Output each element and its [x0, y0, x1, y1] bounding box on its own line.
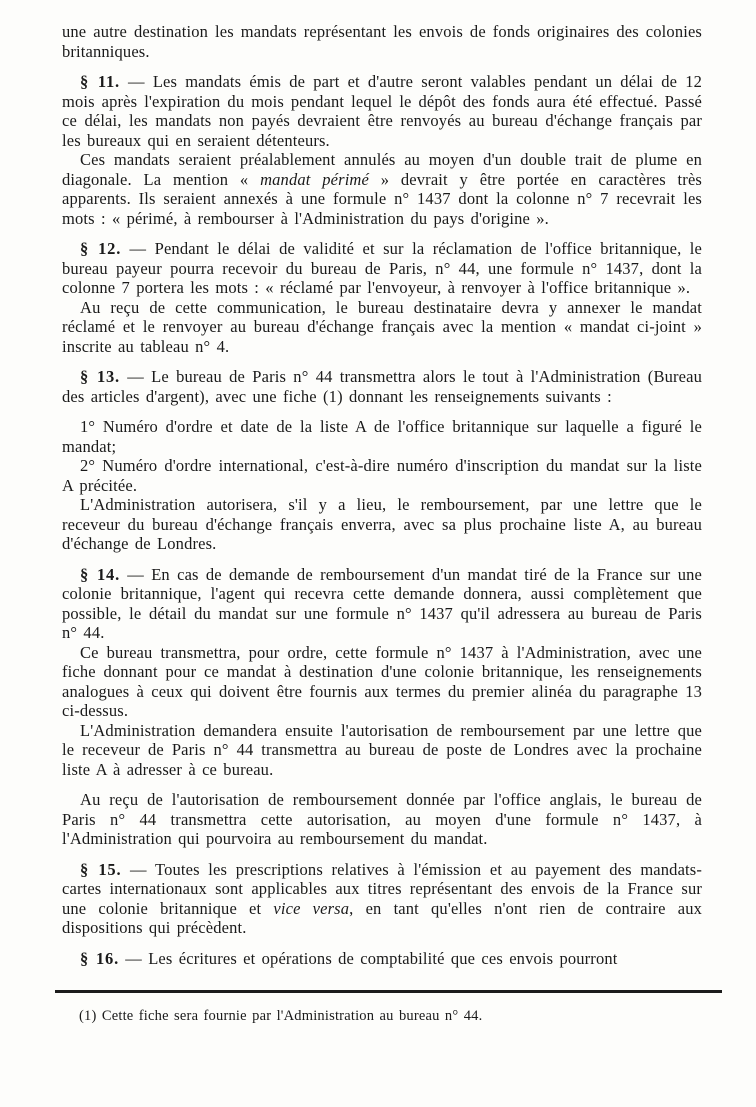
- section-number: § 13.: [80, 367, 120, 386]
- paragraph-text: Au reçu de cette communication, le burea…: [62, 298, 702, 356]
- italic-phrase: vice versa: [273, 899, 349, 918]
- paragraph-text: — Les mandats émis de part et d'autre se…: [62, 72, 702, 150]
- paragraph-au-recu-communication: Au reçu de cette communication, le burea…: [62, 298, 702, 357]
- list-item-2: 2° Numéro d'ordre international, c'est-à…: [62, 456, 702, 495]
- paragraph-section-11: § 11. — Les mandats émis de part et d'au…: [62, 72, 702, 150]
- section-number: § 12.: [80, 239, 121, 258]
- footnote-text: (1) Cette fiche sera fournie par l'Admin…: [79, 1008, 482, 1024]
- section-number: § 14.: [80, 565, 120, 584]
- paragraph-section-14: § 14. — En cas de demande de rembourseme…: [62, 565, 702, 643]
- paragraph-section-12: § 12. — Pendant le délai de validité et …: [62, 239, 702, 298]
- paragraph-text: — Le bureau de Paris n° 44 transmettra a…: [62, 367, 702, 406]
- italic-phrase: mandat périmé: [260, 170, 369, 189]
- list-item-1: 1° Numéro d'ordre et date de la liste A …: [62, 417, 702, 456]
- section-number: § 15.: [80, 860, 121, 879]
- paragraph-text: — Pendant le délai de validité et sur la…: [62, 239, 702, 297]
- paragraph-text: L'Administration autorisera, s'il y a li…: [62, 495, 702, 553]
- paragraph-administration-demandera: L'Administration demandera ensuite l'aut…: [62, 721, 702, 780]
- paragraph-section-15: § 15. — Toutes les prescriptions relativ…: [62, 860, 702, 938]
- footnote-divider: [55, 990, 722, 993]
- scanned-document-page: une autre destination les mandats représ…: [0, 0, 756, 1107]
- paragraph-section-13: § 13. — Le bureau de Paris n° 44 transme…: [62, 367, 702, 406]
- paragraph-text: une autre destination les mandats représ…: [62, 22, 702, 61]
- body-text: une autre destination les mandats représ…: [62, 22, 702, 968]
- paragraph-text: L'Administration demandera ensuite l'aut…: [62, 721, 702, 779]
- paragraph-text: — En cas de demande de remboursement d'u…: [62, 565, 702, 643]
- paragraph-au-recu-autorisation: Au reçu de l'autorisation de rembourseme…: [62, 790, 702, 849]
- paragraph-mandats-annules: Ces mandats seraient préalablement annul…: [62, 150, 702, 228]
- paragraph-text: 2° Numéro d'ordre international, c'est-à…: [62, 456, 702, 495]
- paragraph-text: Ce bureau transmettra, pour ordre, cette…: [62, 643, 702, 721]
- paragraph-section-16: § 16. — Les écritures et opérations de c…: [62, 949, 702, 969]
- section-number: § 16.: [80, 949, 119, 968]
- paragraph-administration-autorisera: L'Administration autorisera, s'il y a li…: [62, 495, 702, 554]
- footnote: (1) Cette fiche sera fournie par l'Admin…: [79, 1007, 699, 1025]
- paragraph-text: Au reçu de l'autorisation de rembourseme…: [62, 790, 702, 848]
- paragraph-continuation: une autre destination les mandats représ…: [62, 22, 702, 61]
- paragraph-text: — Les écritures et opérations de comptab…: [119, 949, 617, 968]
- paragraph-ce-bureau-transmettra: Ce bureau transmettra, pour ordre, cette…: [62, 643, 702, 721]
- section-number: § 11.: [80, 72, 120, 91]
- paragraph-text: 1° Numéro d'ordre et date de la liste A …: [62, 417, 702, 456]
